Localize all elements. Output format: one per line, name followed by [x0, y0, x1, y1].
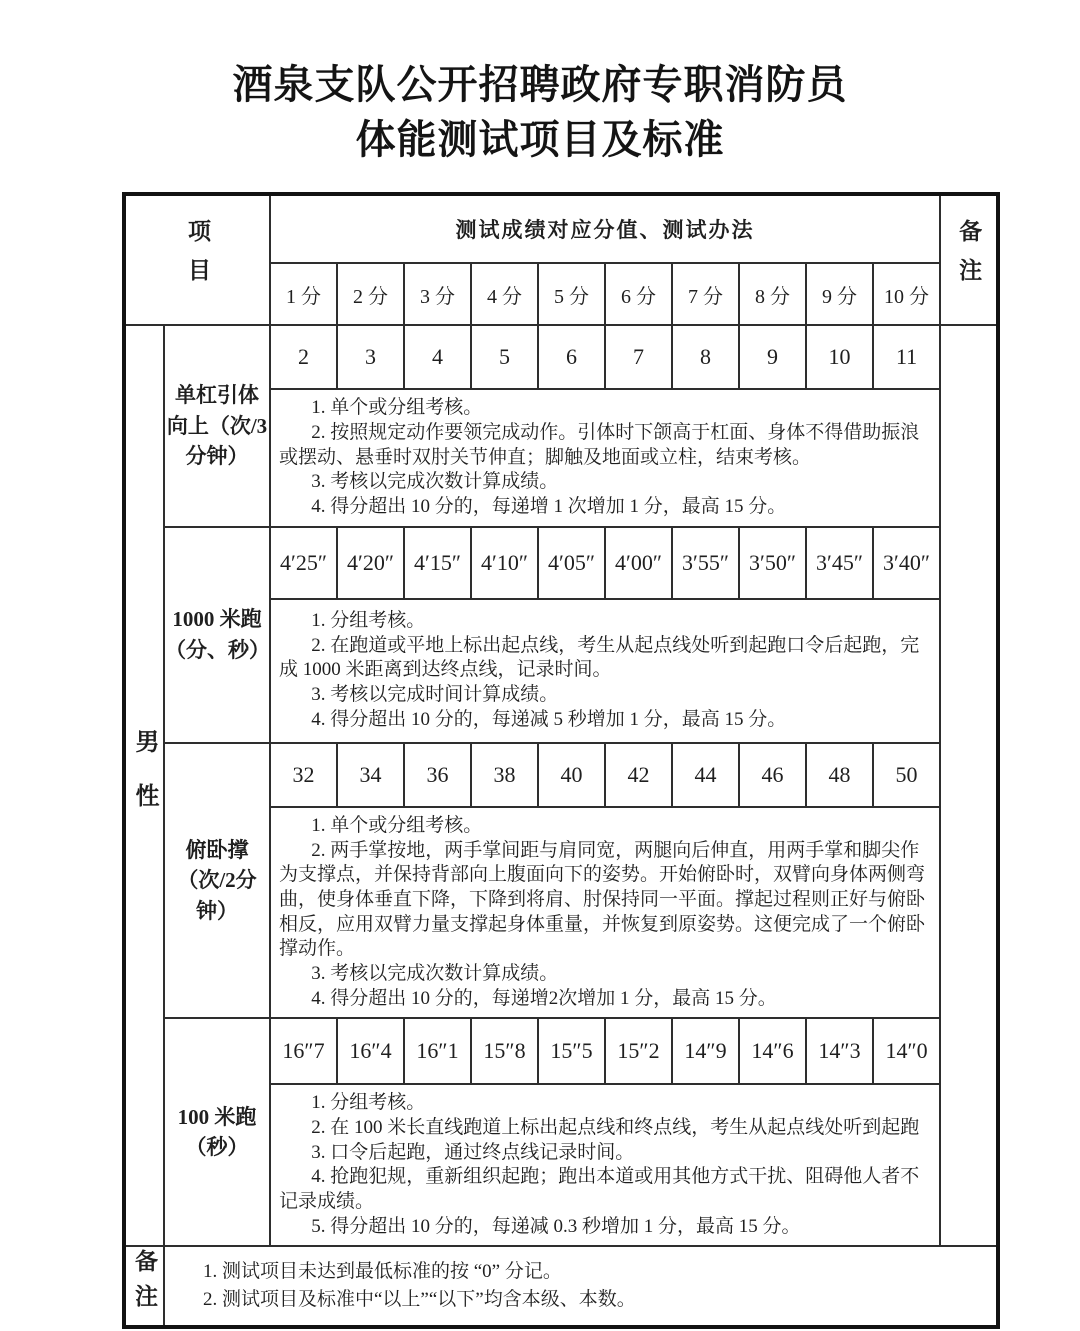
score-value-cell: 50 — [873, 743, 940, 807]
footer-remark-notes-cell: 1. 测试项目未达到最低标准的按 “0” 分记。 2. 测试项目及标准中“以上”… — [164, 1246, 998, 1327]
note-line: 2. 两手掌按地，两手掌间距与肩同宽，两腿向后伸直，用两手掌和脚尖作为支撑点，并… — [279, 839, 929, 962]
score-value-cell: 48 — [806, 743, 873, 807]
score-value-cell: 15″5 — [538, 1018, 605, 1084]
note-line: 2. 在跑道或平地上标出起点线，考生从起点线处听到起跑口令后起跑，完成 1000… — [279, 634, 929, 683]
score-value-cell: 15″2 — [605, 1018, 672, 1084]
score-value-cell: 11 — [873, 325, 940, 389]
note-line: 3. 口令后起跑，通过终点线记录时间。 — [279, 1141, 929, 1166]
document-page: 酒泉支队公开招聘政府专职消防员 体能测试项目及标准 项目 测试成绩对应分值、测试… — [0, 0, 1080, 1331]
run1000-values-row: 1000 米跑（分、秒） 4′25″ 4′20″ 4′15″ 4′10″ 4′0… — [124, 527, 998, 599]
pushup-values-row: 俯卧撑（次/2分钟） 32 34 36 38 40 42 44 46 48 50 — [124, 743, 998, 807]
score-value-cell: 4′05″ — [538, 527, 605, 599]
note-line: 4. 得分超出 10 分的，每递减 5 秒增加 1 分，最高 15 分。 — [279, 708, 929, 733]
score-col-header: 4 分 — [471, 263, 538, 325]
score-value-cell: 4 — [404, 325, 471, 389]
score-value-cell: 4′00″ — [605, 527, 672, 599]
score-value-cell: 32 — [270, 743, 337, 807]
document-title: 酒泉支队公开招聘政府专职消防员 体能测试项目及标准 — [0, 58, 1080, 168]
pullup-values-row: 男性 单杠引体向上（次/3 分钟） 2 3 4 5 6 7 8 9 10 11 — [124, 325, 998, 389]
footer-remark-row: 备注 1. 测试项目未达到最低标准的按 “0” 分记。 2. 测试项目及标准中“… — [124, 1246, 998, 1327]
score-value-cell: 6 — [538, 325, 605, 389]
score-value-cell: 16″7 — [270, 1018, 337, 1084]
score-value-cell: 44 — [672, 743, 739, 807]
run1000-notes-cell: 1. 分组考核。 2. 在跑道或平地上标出起点线，考生从起点线处听到起跑口令后起… — [270, 599, 940, 743]
score-value-cell: 4′25″ — [270, 527, 337, 599]
title-line-1: 酒泉支队公开招聘政府专职消防员 — [0, 58, 1080, 113]
score-value-cell: 14″6 — [739, 1018, 806, 1084]
remark-header-label: 备注 — [952, 219, 985, 297]
score-value-cell: 40 — [538, 743, 605, 807]
pullup-notes-cell: 1. 单个或分组考核。 2. 按照规定动作要领完成动作。引体时下颌高于杠面、身体… — [270, 389, 940, 526]
score-value-cell: 3′55″ — [672, 527, 739, 599]
score-value-cell: 2 — [270, 325, 337, 389]
score-header-cell: 测试成绩对应分值、测试办法 — [270, 194, 940, 263]
score-value-cell: 7 — [605, 325, 672, 389]
note-line: 3. 考核以完成时间计算成绩。 — [279, 683, 929, 708]
header-row-1: 项目 测试成绩对应分值、测试办法 备注 — [124, 194, 998, 263]
note-line: 5. 得分超出 10 分的，每递减 0.3 秒增加 1 分，最高 15 分。 — [279, 1215, 929, 1240]
score-value-cell: 9 — [739, 325, 806, 389]
score-col-header: 1 分 — [270, 263, 337, 325]
footer-remark-label-cell: 备注 — [124, 1246, 164, 1327]
score-col-header: 9 分 — [806, 263, 873, 325]
fitness-test-table: 项目 测试成绩对应分值、测试办法 备注 1 分 2 分 3 分 4 分 5 分 … — [122, 192, 1000, 1329]
note-line: 1. 分组考核。 — [279, 1091, 929, 1116]
title-line-2: 体能测试项目及标准 — [0, 113, 1080, 168]
score-value-cell: 42 — [605, 743, 672, 807]
note-line: 1. 测试项目未达到最低标准的按 “0” 分记。 — [203, 1258, 986, 1287]
item-header-label: 项目 — [181, 219, 214, 297]
score-value-cell: 3′50″ — [739, 527, 806, 599]
score-value-cell: 4′10″ — [471, 527, 538, 599]
score-value-cell: 14″0 — [873, 1018, 940, 1084]
note-line: 4. 得分超出 10 分的，每递增2次增加 1 分，最高 15 分。 — [279, 987, 929, 1012]
note-line: 1. 分组考核。 — [279, 609, 929, 634]
run100-notes-cell: 1. 分组考核。 2. 在 100 米长直线跑道上标出起点线和终点线，考生从起点… — [270, 1084, 940, 1246]
score-value-cell: 3′45″ — [806, 527, 873, 599]
score-col-header: 7 分 — [672, 263, 739, 325]
footer-remark-label: 备注 — [128, 1249, 161, 1319]
score-value-cell: 4′15″ — [404, 527, 471, 599]
gender-label: 男性 — [127, 729, 162, 837]
pushup-notes-cell: 1. 单个或分组考核。 2. 两手掌按地，两手掌间距与肩同宽，两腿向后伸直，用两… — [270, 807, 940, 1019]
note-line: 2. 按照规定动作要领完成动作。引体时下颌高于杠面、身体不得借助振浪或摆动、悬垂… — [279, 421, 929, 470]
score-value-cell: 8 — [672, 325, 739, 389]
note-line: 1. 单个或分组考核。 — [279, 396, 929, 421]
item-header-cell: 项目 — [124, 194, 270, 325]
score-value-cell: 10 — [806, 325, 873, 389]
score-col-header: 2 分 — [337, 263, 404, 325]
score-col-header: 8 分 — [739, 263, 806, 325]
score-value-cell: 3′40″ — [873, 527, 940, 599]
note-line: 2. 在 100 米长直线跑道上标出起点线和终点线，考生从起点线处听到起跑 — [279, 1116, 929, 1141]
gender-cell: 男性 — [124, 325, 164, 1246]
score-value-cell: 14″9 — [672, 1018, 739, 1084]
score-value-cell: 36 — [404, 743, 471, 807]
score-value-cell: 15″8 — [471, 1018, 538, 1084]
note-line: 2. 测试项目及标准中“以上”“以下”均含本级、本数。 — [203, 1286, 986, 1315]
score-value-cell: 34 — [337, 743, 404, 807]
note-line: 4. 抢跑犯规，重新组织起跑；跑出本道或用其他方式干扰、阻碍他人者不记录成绩。 — [279, 1165, 929, 1214]
score-value-cell: 5 — [471, 325, 538, 389]
score-value-cell: 16″1 — [404, 1018, 471, 1084]
run100-item-label: 100 米跑（秒） — [164, 1018, 270, 1246]
run1000-item-label: 1000 米跑（分、秒） — [164, 527, 270, 743]
note-line: 3. 考核以完成次数计算成绩。 — [279, 962, 929, 987]
pullup-item-label: 单杠引体向上（次/3 分钟） — [164, 325, 270, 526]
run100-values-row: 100 米跑（秒） 16″7 16″4 16″1 15″8 15″5 15″2 … — [124, 1018, 998, 1084]
score-value-cell: 3 — [337, 325, 404, 389]
score-col-header: 5 分 — [538, 263, 605, 325]
score-value-cell: 4′20″ — [337, 527, 404, 599]
score-value-cell: 38 — [471, 743, 538, 807]
note-line: 1. 单个或分组考核。 — [279, 814, 929, 839]
score-value-cell: 14″3 — [806, 1018, 873, 1084]
pushup-item-label: 俯卧撑（次/2分钟） — [164, 743, 270, 1019]
note-line: 4. 得分超出 10 分的，每递增 1 次增加 1 分，最高 15 分。 — [279, 495, 929, 520]
note-line: 3. 考核以完成次数计算成绩。 — [279, 470, 929, 495]
score-col-header: 6 分 — [605, 263, 672, 325]
score-value-cell: 16″4 — [337, 1018, 404, 1084]
remark-header-cell: 备注 — [940, 194, 998, 325]
score-col-header: 10 分 — [873, 263, 940, 325]
remark-empty-cell — [940, 325, 998, 1246]
score-col-header: 3 分 — [404, 263, 471, 325]
score-value-cell: 46 — [739, 743, 806, 807]
